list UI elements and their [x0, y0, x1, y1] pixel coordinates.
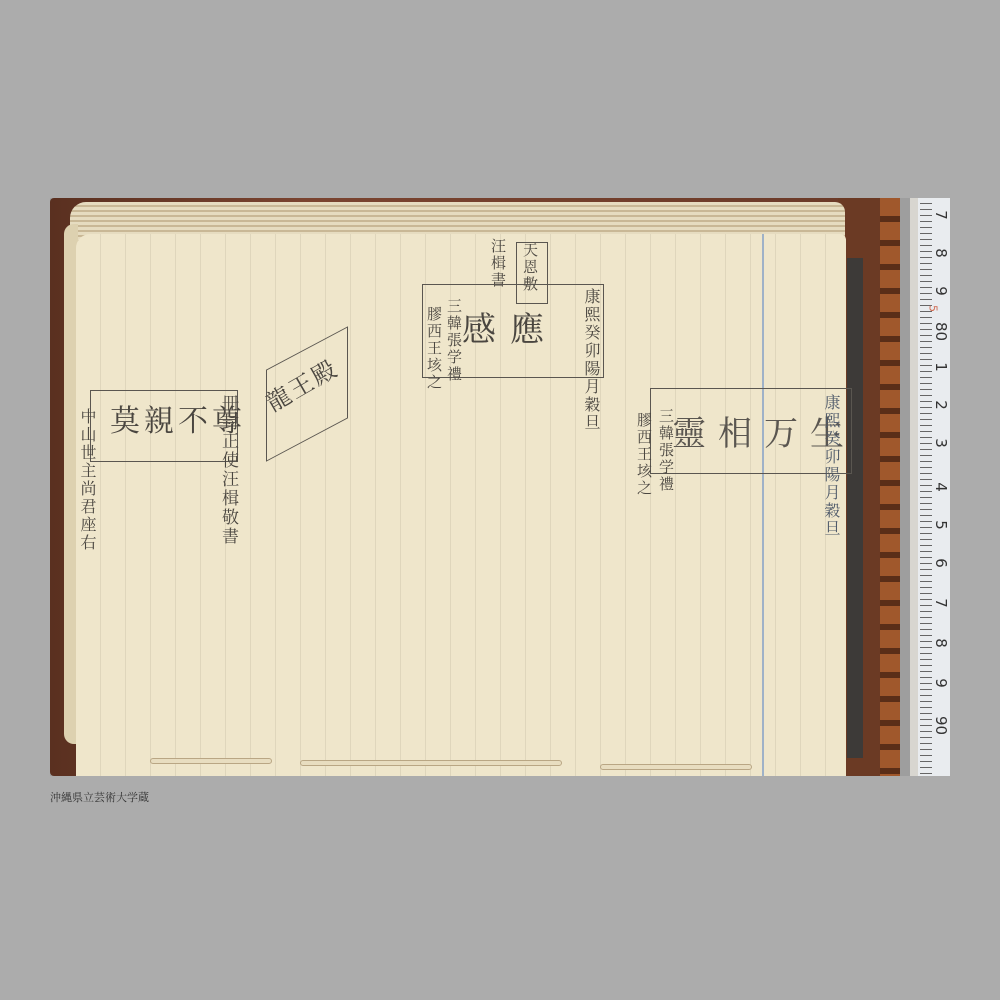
ruler-label: 5 [932, 518, 950, 532]
ruler-label: 6 [932, 556, 950, 570]
inscription-left-note-right: 三韓張学禮 [656, 408, 677, 493]
stitch-mark [600, 764, 752, 770]
leather-lacing [880, 198, 900, 776]
notebook-photo: 尊不親莫 冊封正使汪楫敬書 中山世主尚君座右 殿王龍 天恩敷 汪楫書 應感 康熙… [50, 198, 950, 776]
ruler-label: 7 [932, 208, 950, 222]
inscription-left-note-center: 三韓張学禮 [444, 298, 465, 383]
ruler-label: 90 [932, 716, 950, 730]
margin-line [762, 234, 764, 776]
ruler-ticks [920, 198, 932, 776]
ruler-label: 8 [932, 636, 950, 650]
stitch-mark [150, 758, 272, 764]
stitch-mark [300, 760, 562, 766]
inscription-top-left-note-center: 汪楫書 [488, 238, 509, 289]
inscription-right-note-right: 康熙癸卯陽月穀旦 [820, 394, 843, 538]
spine-shadow [847, 258, 863, 758]
inscription-left-note-2-right: 膠西王垓之 [634, 412, 655, 497]
inscription-left-note-left: 中山世主尚君座右 [76, 408, 99, 552]
inscription-title-center: 應感 [462, 302, 558, 351]
ruler-label: 1 [932, 360, 950, 374]
ruler-label: 3 [932, 436, 950, 450]
ruler-label-accent: 5 [927, 302, 940, 316]
inscription-left-note-2-center: 膠西王垓之 [424, 306, 445, 391]
ruler-label: 4 [932, 480, 950, 494]
ruler-label: 80 [932, 322, 950, 336]
ruler-label: 7 [932, 596, 950, 610]
ruler-label: 9 [932, 284, 950, 298]
inscription-right-note-center: 康熙癸卯陽月穀旦 [580, 288, 603, 432]
collection-caption: 沖縄県立芸術大学蔵 [50, 789, 149, 805]
ruler-label: 9 [932, 676, 950, 690]
inscription-right-note-left: 冊封正使汪楫敬書 [216, 394, 241, 546]
ruler-label: 8 [932, 246, 950, 260]
ruler-label: 2 [932, 398, 950, 412]
